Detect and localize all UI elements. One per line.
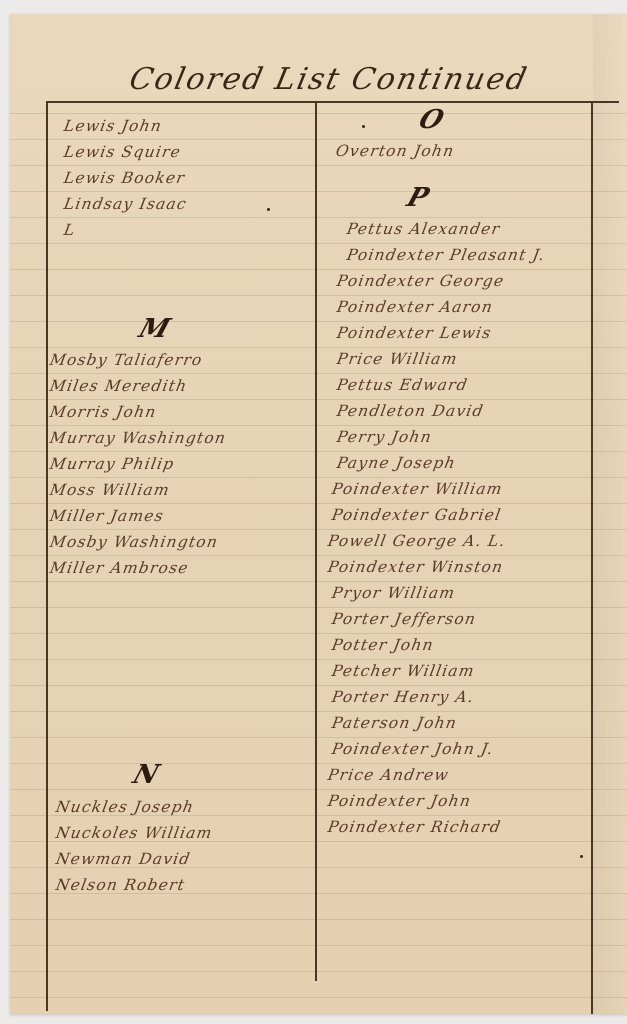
ledger-page: Colored List Continued Lewis John Lewis … [10,14,627,1014]
list-entry: Pendleton David [335,402,485,420]
list-entry: Poindexter Lewis [335,324,493,342]
list-entry: Powell George A. L. [326,532,507,550]
list-entry: Murray Philip [48,455,176,473]
list-entry: Poindexter John [326,792,472,810]
list-entry: Price William [335,350,459,368]
list-entry: L [62,221,77,239]
page-title: Colored List Continued [126,62,583,97]
list-entry: Price Andrew [326,766,450,784]
list-entry: Paterson John [330,714,458,732]
list-entry: Nelson Robert [54,876,186,894]
list-entry: Poindexter Pleasant J. [345,246,546,264]
list-entry: Poindexter Winston [326,558,505,576]
list-entry: Payne Joseph [335,454,457,472]
list-entry: Pryor William [330,584,456,602]
list-entry: Miller Ambrose [48,559,190,577]
list-entry: Porter Henry A. [330,688,475,706]
list-entry: Perry John [335,428,433,446]
list-entry: Poindexter Aaron [335,298,494,316]
list-entry: Lewis John [62,117,163,135]
list-entry: Potter John [330,636,435,654]
list-entry: Poindexter William [330,480,504,498]
list-entry: Mosby Washington [48,533,219,551]
list-entry: Mosby Taliaferro [48,351,204,369]
list-entry: Poindexter Gabriel [330,506,502,524]
list-entry: Overton John [334,142,456,160]
ink-dot [362,125,365,128]
list-entry: Nuckles Joseph [54,798,195,816]
top-rule [46,101,619,103]
list-entry: Petcher William [330,662,476,680]
list-entry: Miles Meredith [48,377,189,395]
list-entry: Moss William [48,481,171,499]
ink-dot [267,208,270,211]
list-entry: Lewis Squire [62,143,182,161]
center-column-rule [315,101,317,981]
ink-dot [580,855,583,858]
page-fold-edge [593,14,627,1014]
list-entry: Pettus Alexander [345,220,501,238]
right-margin-rule [591,101,593,1014]
list-entry: Poindexter Richard [326,818,502,836]
list-entry: Porter Jefferson [330,610,477,628]
list-entry: Miller James [48,507,165,525]
list-entry: Poindexter John J. [330,740,495,758]
list-entry: Nuckoles William [54,824,214,842]
list-entry: Poindexter George [335,272,506,290]
list-entry: Lewis Booker [62,169,186,187]
list-entry: Murray Washington [48,429,227,447]
list-entry: Newman David [54,850,192,868]
list-entry: Pettus Edward [335,376,469,394]
list-entry: Morris John [48,403,158,421]
list-entry: Lindsay Isaac [62,195,188,213]
left-margin-rule [46,101,48,1011]
